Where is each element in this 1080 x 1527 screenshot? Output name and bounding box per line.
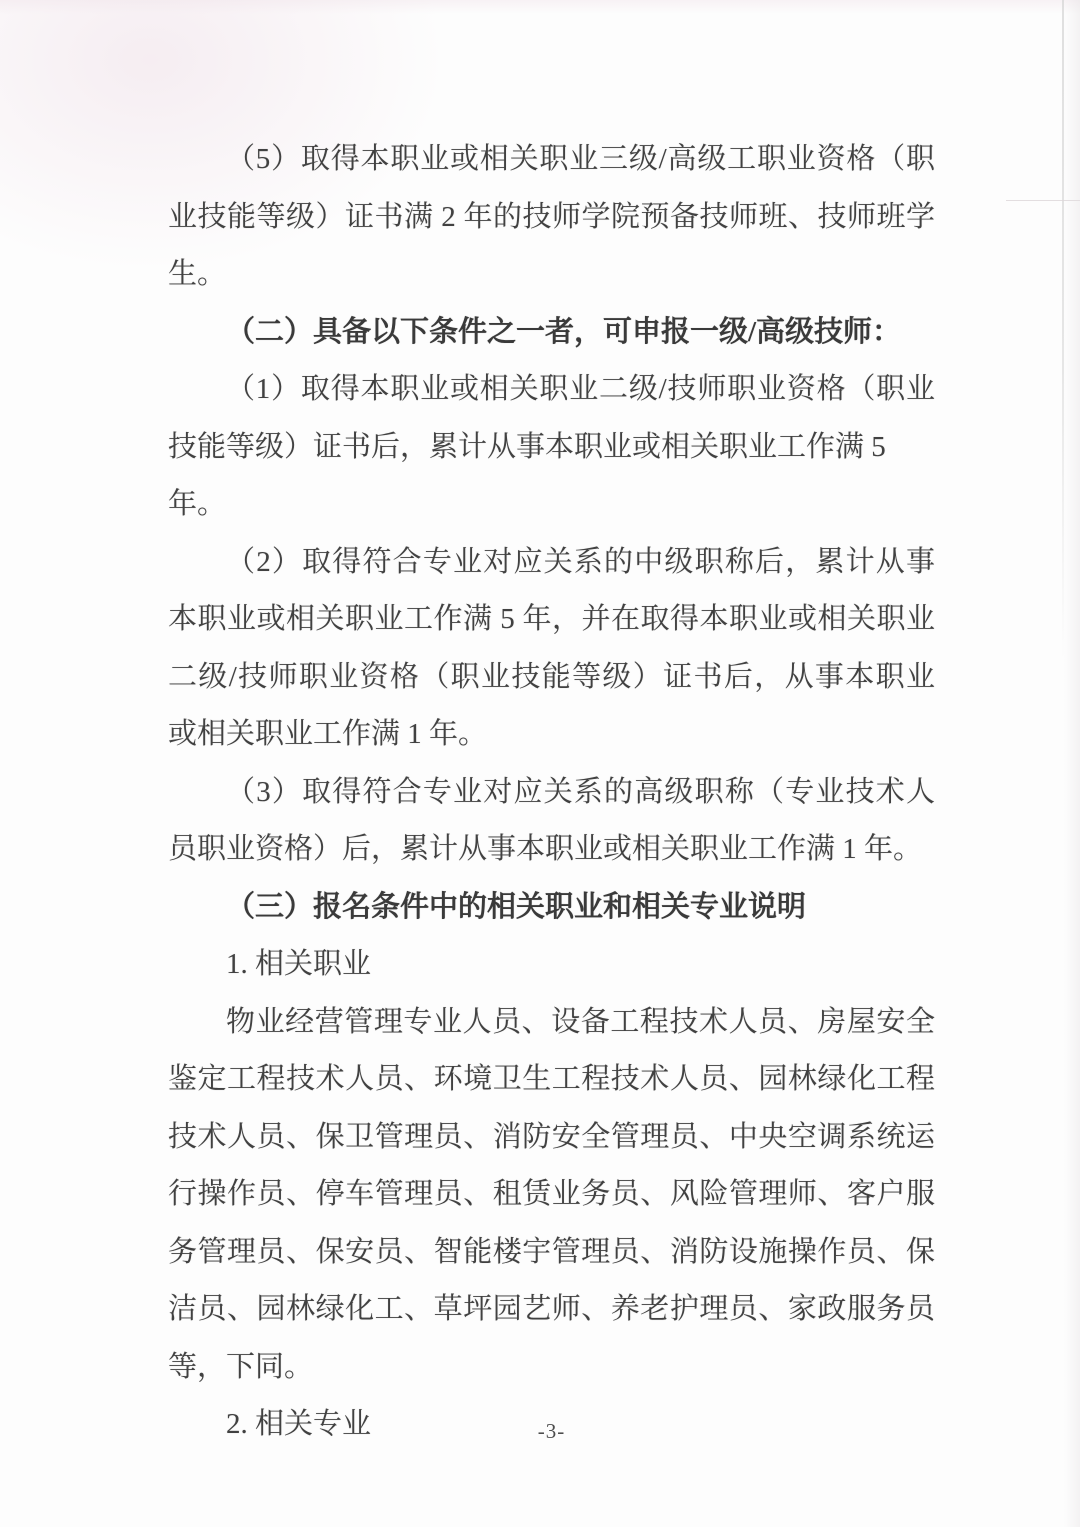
paragraph: （3）取得符合专业对应关系的高级职称（专业技术人员职业资格）后，累计从事本职业或… xyxy=(168,764,935,879)
paragraph: （2）取得符合专业对应关系的中级职称后，累计从事本职业或相关职业工作满 5 年，… xyxy=(168,534,935,764)
text-line: 务管理员、保安员、智能楼宇管理员、消防设施操作员、保 xyxy=(168,1224,935,1282)
text-line: （2）取得符合专业对应关系的中级职称后，累计从事 xyxy=(168,534,935,592)
page-edge-shadow xyxy=(1064,0,1080,1527)
heading-text-line: （二）具备以下条件之一者，可申报一级/高级技师： xyxy=(168,304,935,362)
paragraph: （5）取得本职业或相关职业三级/高级工职业资格（职业技能等级）证书满 2 年的技… xyxy=(168,131,935,304)
text-line: 物业经营管理专业人员、设备工程技术人员、房屋安全 xyxy=(168,994,935,1052)
text-line: 技能等级）证书后，累计从事本职业或相关职业工作满 5 年。 xyxy=(168,419,935,534)
text-line: （5）取得本职业或相关职业三级/高级工职业资格（职 xyxy=(168,131,935,189)
heading-text-line: （三）报名条件中的相关职业和相关专业说明 xyxy=(168,879,935,937)
text-line: 行操作员、停车管理员、租赁业务员、风险管理师、客户服 xyxy=(168,1166,935,1224)
text-line: （1）取得本职业或相关职业二级/技师职业资格（职业 xyxy=(168,361,935,419)
text-line: 或相关职业工作满 1 年。 xyxy=(168,706,935,764)
text-line: 鉴定工程技术人员、环境卫生工程技术人员、园林绿化工程 xyxy=(168,1051,935,1109)
text-line: 1. 相关职业 xyxy=(168,936,935,994)
section-heading: （三）报名条件中的相关职业和相关专业说明 xyxy=(168,879,935,937)
document-page: （5）取得本职业或相关职业三级/高级工职业资格（职业技能等级）证书满 2 年的技… xyxy=(0,0,1080,1527)
section-heading: （二）具备以下条件之一者，可申报一级/高级技师： xyxy=(168,304,935,362)
paragraph: 1. 相关职业 xyxy=(168,936,935,994)
text-line: 业技能等级）证书满 2 年的技师学院预备技师班、技师班学 xyxy=(168,189,935,247)
document-body: （5）取得本职业或相关职业三级/高级工职业资格（职业技能等级）证书满 2 年的技… xyxy=(168,131,935,1454)
page-number: -3- xyxy=(168,1419,935,1444)
text-line: 二级/技师职业资格（职业技能等级）证书后，从事本职业 xyxy=(168,649,935,707)
text-line: 技术人员、保卫管理员、消防安全管理员、中央空调系统运 xyxy=(168,1109,935,1167)
text-line: 员职业资格）后，累计从事本职业或相关职业工作满 1 年。 xyxy=(168,821,935,879)
text-line: 等，下同。 xyxy=(168,1339,935,1397)
text-line: 洁员、园林绿化工、草坪园艺师、养老护理员、家政服务员 xyxy=(168,1281,935,1339)
scan-tint-top-edge xyxy=(0,0,1080,14)
text-line: （3）取得符合专业对应关系的高级职称（专业技术人 xyxy=(168,764,935,822)
paragraph: （1）取得本职业或相关职业二级/技师职业资格（职业技能等级）证书后，累计从事本职… xyxy=(168,361,935,534)
paragraph: 物业经营管理专业人员、设备工程技术人员、房屋安全鉴定工程技术人员、环境卫生工程技… xyxy=(168,994,935,1397)
text-line: 生。 xyxy=(168,246,935,304)
text-line: 本职业或相关职业工作满 5 年，并在取得本职业或相关职业 xyxy=(168,591,935,649)
